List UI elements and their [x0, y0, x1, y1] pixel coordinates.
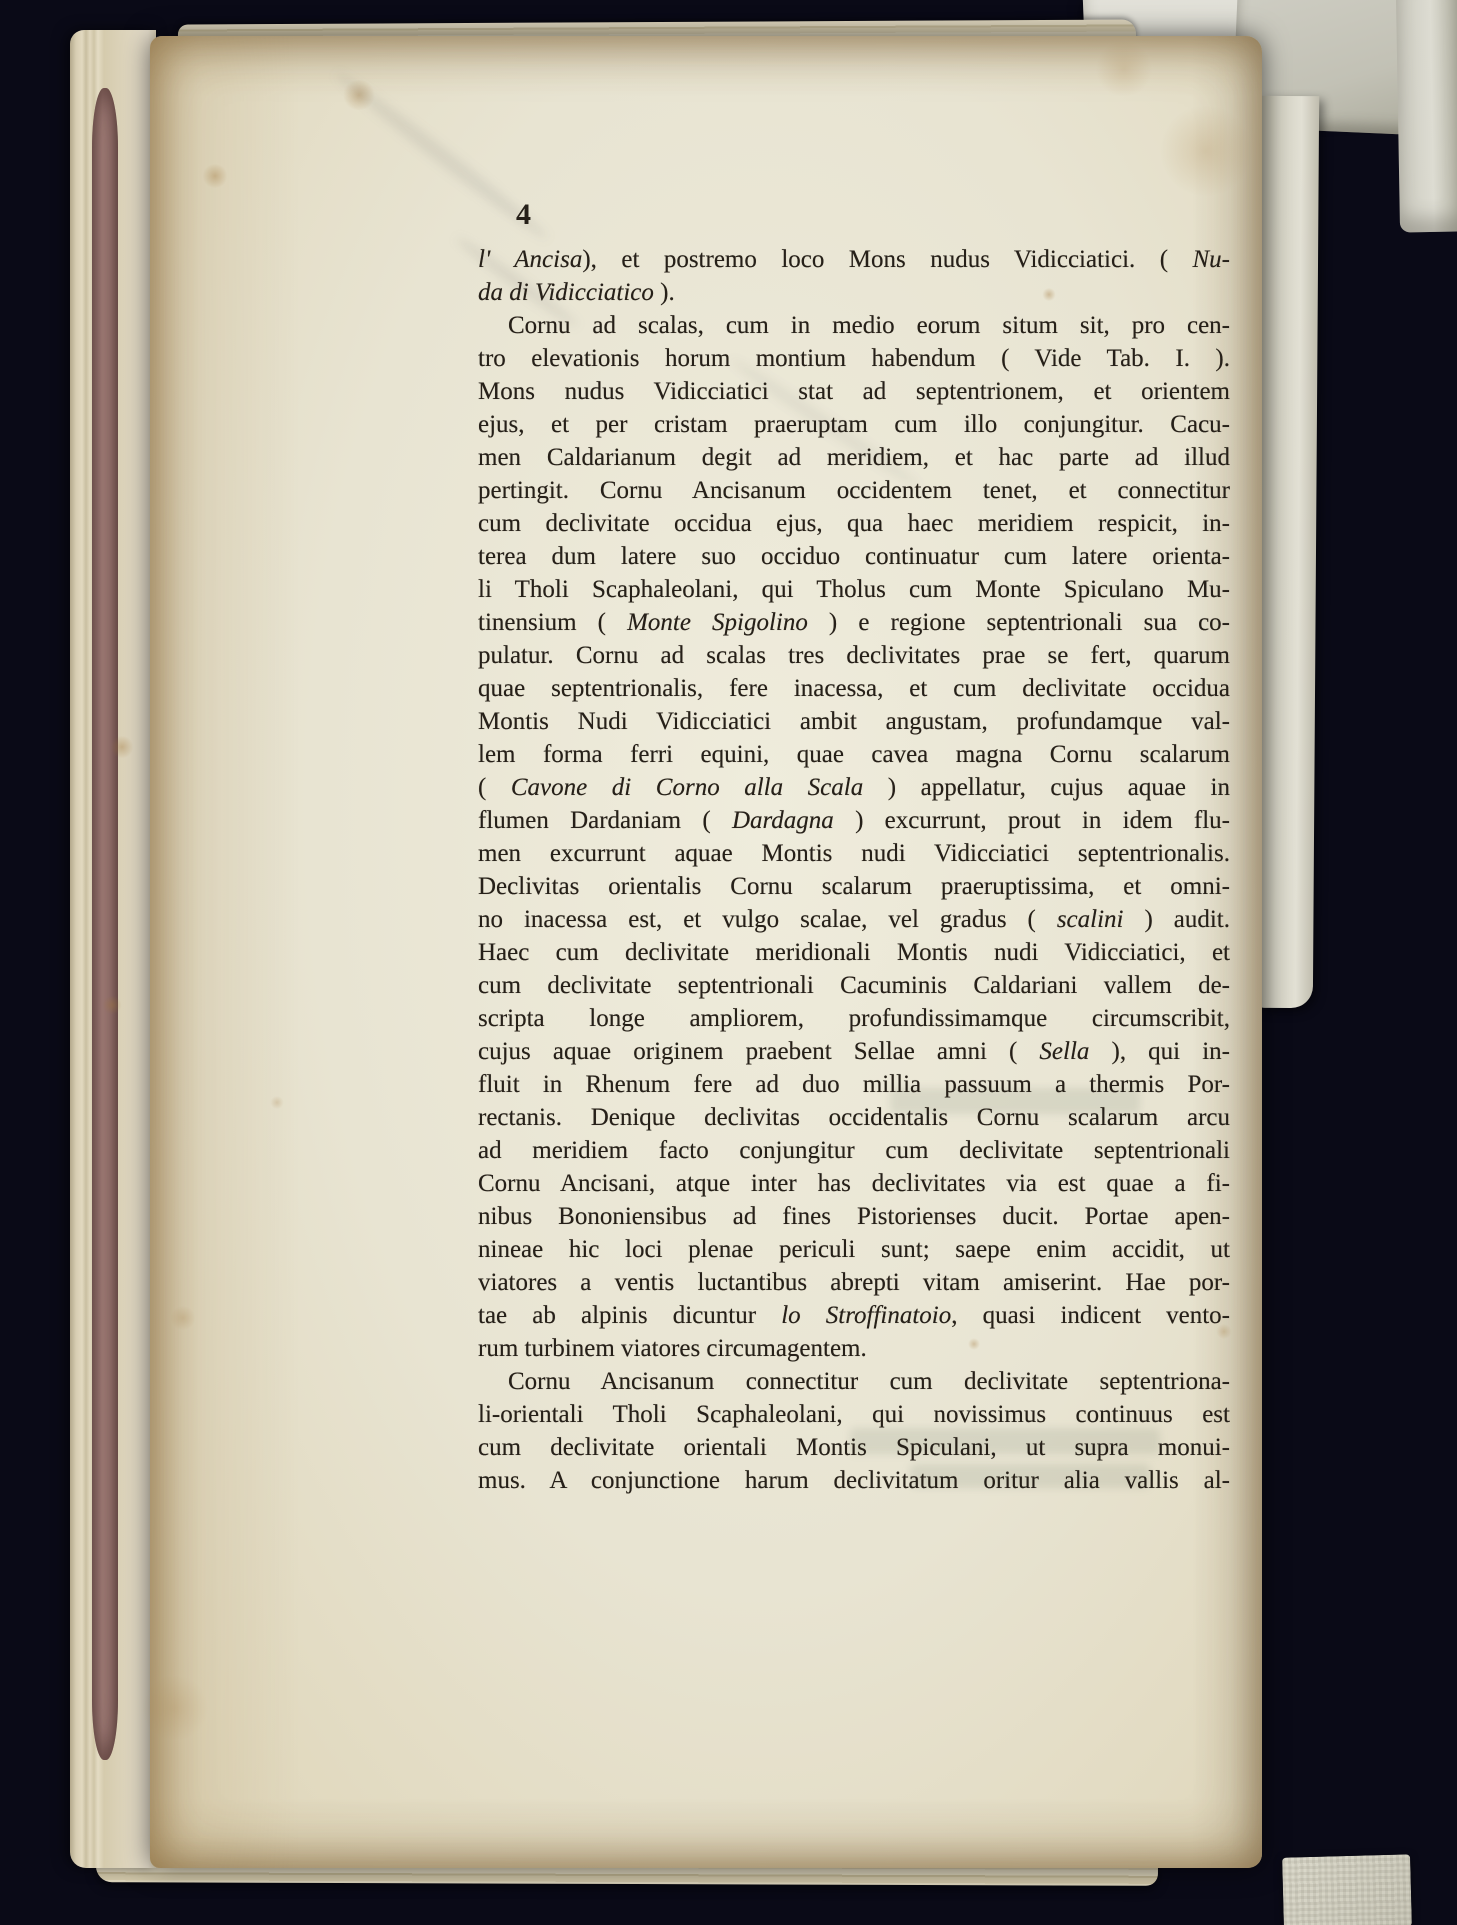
- text-line: Declivitas orientalis Cornu scalarum pra…: [478, 870, 1230, 903]
- text-segment: no inacessa est, et vulgo scalae, vel gr…: [478, 906, 1057, 933]
- text-segment: ejus, et per cristam praeruptam cum illo…: [478, 411, 1230, 438]
- marbled-page-edge: [92, 88, 118, 1760]
- text-segment: Declivitas orientalis Cornu scalarum pra…: [478, 873, 1230, 900]
- page-number: 4: [516, 198, 531, 232]
- text-segment: rectanis. Denique declivitas occidentali…: [478, 1104, 1230, 1131]
- page-stack-left-edges: [70, 30, 156, 1868]
- text-segment: mus. A conjunctione harum declivitatum o…: [478, 1467, 1230, 1494]
- text-segment: ad meridiem facto conjungitur cum decliv…: [478, 1137, 1230, 1164]
- text-segment: fluit in Rhenum fere ad duo millia passu…: [478, 1071, 1230, 1098]
- text-line: tae ab alpinis dicuntur lo Stroffinatoio…: [478, 1299, 1230, 1332]
- text-line: pulatur. Cornu ad scalas tres declivitat…: [478, 639, 1230, 672]
- text-line: Cornu Ancisani, atque inter has declivit…: [478, 1167, 1230, 1200]
- book-scan: 4 l' Ancisa), et postremo loco Mons nudu…: [0, 0, 1457, 1925]
- text-line: terea dum latere suo occiduo continuatur…: [478, 540, 1230, 573]
- text-line: fluit in Rhenum fere ad duo millia passu…: [478, 1068, 1230, 1101]
- text-segment: rum turbinem viatores circumagentem.: [478, 1335, 867, 1362]
- text-segment: Cornu Ancisani, atque inter has declivit…: [478, 1170, 1230, 1197]
- italic-text-segment: l' Ancisa: [478, 246, 582, 273]
- text-segment: (: [478, 774, 511, 801]
- text-segment: Cornu Ancisanum connectitur cum declivit…: [508, 1368, 1230, 1395]
- text-line: flumen Dardaniam ( Dardagna ) excurrunt,…: [478, 804, 1230, 837]
- text-line: ejus, et per cristam praeruptam cum illo…: [478, 408, 1230, 441]
- text-segment: Haec cum declivitate meridionali Montis …: [478, 939, 1230, 966]
- text-segment: Mons nudus Vidicciatici stat ad septentr…: [478, 378, 1230, 405]
- italic-text-segment: scalini: [1057, 906, 1124, 933]
- text-line: ad meridiem facto conjungitur cum decliv…: [478, 1134, 1230, 1167]
- text-segment: ) audit.: [1124, 906, 1231, 933]
- book-page: 4 l' Ancisa), et postremo loco Mons nudu…: [150, 36, 1262, 1868]
- text-segment: tro elevationis horum montium habendum (…: [478, 345, 1230, 372]
- text-line: men excurrunt aquae Montis nudi Vidiccia…: [478, 837, 1230, 870]
- italic-text-segment: da di Vidicciatico: [478, 279, 654, 306]
- text-line: li Tholi Scaphaleolani, qui Tholus cum M…: [478, 573, 1230, 606]
- text-line: Mons nudus Vidicciatici stat ad septentr…: [478, 375, 1230, 408]
- text-line: Montis Nudi Vidicciatici ambit angustam,…: [478, 705, 1230, 738]
- text-line: cujus aquae originem praebent Sellae amn…: [478, 1035, 1230, 1068]
- text-line: lem forma ferri equini, quae cavea magna…: [478, 738, 1230, 771]
- text-segment: scripta longe ampliorem, profundissimamq…: [478, 1005, 1230, 1032]
- text-segment: viatores a ventis luctantibus abrepti vi…: [478, 1269, 1230, 1296]
- text-line: rum turbinem viatores circumagentem.: [478, 1332, 1230, 1365]
- text-line: mus. A conjunctione harum declivitatum o…: [478, 1464, 1230, 1497]
- text-line: cum declivitate septentrionali Cacuminis…: [478, 969, 1230, 1002]
- text-segment: ), et postremo loco Mons nudus Vidicciat…: [582, 246, 1192, 273]
- italic-text-segment: Nu-: [1193, 246, 1231, 273]
- loose-fragment-bottom-right: [1282, 1854, 1412, 1925]
- text-segment: terea dum latere suo occiduo continuatur…: [478, 543, 1230, 570]
- italic-text-segment: lo Stroffinatoio: [781, 1302, 951, 1329]
- text-line: da di Vidicciatico ).: [478, 276, 1230, 309]
- loose-page-fragment-right-sliver: [1396, 0, 1457, 233]
- text-segment: tinensium (: [478, 609, 627, 636]
- text-segment: ).: [654, 279, 675, 306]
- text-segment: men excurrunt aquae Montis nudi Vidiccia…: [478, 840, 1230, 867]
- text-segment: pertingit. Cornu Ancisanum occidentem te…: [478, 477, 1230, 504]
- text-segment: , quasi indicent vento-: [951, 1302, 1230, 1329]
- text-line: Cornu Ancisanum connectitur cum declivit…: [478, 1365, 1230, 1398]
- text-line: no inacessa est, et vulgo scalae, vel gr…: [478, 903, 1230, 936]
- text-segment: men Caldarianum degit ad meridiem, et ha…: [478, 444, 1230, 471]
- text-line: li-orientali Tholi Scaphaleolani, qui no…: [478, 1398, 1230, 1431]
- text-segment: pulatur. Cornu ad scalas tres declivitat…: [478, 642, 1230, 669]
- italic-text-segment: Sella: [1039, 1038, 1089, 1065]
- text-line: Cornu ad scalas, cum in medio eorum situ…: [478, 309, 1230, 342]
- italic-text-segment: Cavone di Corno alla Scala: [511, 774, 863, 801]
- text-segment: tae ab alpinis dicuntur: [478, 1302, 781, 1329]
- italic-text-segment: Monte Spigolino: [627, 609, 808, 636]
- text-line: cum declivitate occidua ejus, qua haec m…: [478, 507, 1230, 540]
- text-segment: nineae hic loci plenae periculi sunt; sa…: [478, 1236, 1230, 1263]
- text-segment: flumen Dardaniam (: [478, 807, 732, 834]
- italic-text-segment: Dardagna: [732, 807, 834, 834]
- text-line: nineae hic loci plenae periculi sunt; sa…: [478, 1233, 1230, 1266]
- text-line: tinensium ( Monte Spigolino ) e regione …: [478, 606, 1230, 639]
- text-segment: cum declivitate occidua ejus, qua haec m…: [478, 510, 1230, 537]
- text-line: scripta longe ampliorem, profundissimamq…: [478, 1002, 1230, 1035]
- text-line: pertingit. Cornu Ancisanum occidentem te…: [478, 474, 1230, 507]
- text-segment: Montis Nudi Vidicciatici ambit angustam,…: [478, 708, 1230, 735]
- text-line: rectanis. Denique declivitas occidentali…: [478, 1101, 1230, 1134]
- text-line: ( Cavone di Corno alla Scala ) appellatu…: [478, 771, 1230, 804]
- text-line: Haec cum declivitate meridionali Montis …: [478, 936, 1230, 969]
- underlying-page-edge-right: [1255, 96, 1319, 1008]
- text-line: cum declivitate orientali Montis Spicula…: [478, 1431, 1230, 1464]
- text-segment: ) excurrunt, prout in idem flu-: [834, 807, 1230, 834]
- text-segment: Cornu ad scalas, cum in medio eorum situ…: [508, 312, 1230, 339]
- text-line: quae septentrionalis, fere inacessa, et …: [478, 672, 1230, 705]
- text-block: l' Ancisa), et postremo loco Mons nudus …: [478, 243, 1230, 1497]
- text-line: nibus Bononiensibus ad fines Pistoriense…: [478, 1200, 1230, 1233]
- text-segment: lem forma ferri equini, quae cavea magna…: [478, 741, 1230, 768]
- text-segment: cum declivitate orientali Montis Spicula…: [478, 1434, 1230, 1461]
- text-segment: nibus Bononiensibus ad fines Pistoriense…: [478, 1203, 1230, 1230]
- text-line: men Caldarianum degit ad meridiem, et ha…: [478, 441, 1230, 474]
- text-segment: li-orientali Tholi Scaphaleolani, qui no…: [478, 1401, 1230, 1428]
- text-segment: cujus aquae originem praebent Sellae amn…: [478, 1038, 1039, 1065]
- text-segment: ) appellatur, cujus aquae in: [863, 774, 1230, 801]
- text-segment: ) e regione septentrionali sua co-: [808, 609, 1230, 636]
- text-line: l' Ancisa), et postremo loco Mons nudus …: [478, 243, 1230, 276]
- text-line: viatores a ventis luctantibus abrepti vi…: [478, 1266, 1230, 1299]
- text-segment: ), qui in-: [1089, 1038, 1230, 1065]
- text-line: tro elevationis horum montium habendum (…: [478, 342, 1230, 375]
- text-segment: cum declivitate septentrionali Cacuminis…: [478, 972, 1230, 999]
- text-segment: li Tholi Scaphaleolani, qui Tholus cum M…: [478, 576, 1230, 603]
- text-segment: quae septentrionalis, fere inacessa, et …: [478, 675, 1230, 702]
